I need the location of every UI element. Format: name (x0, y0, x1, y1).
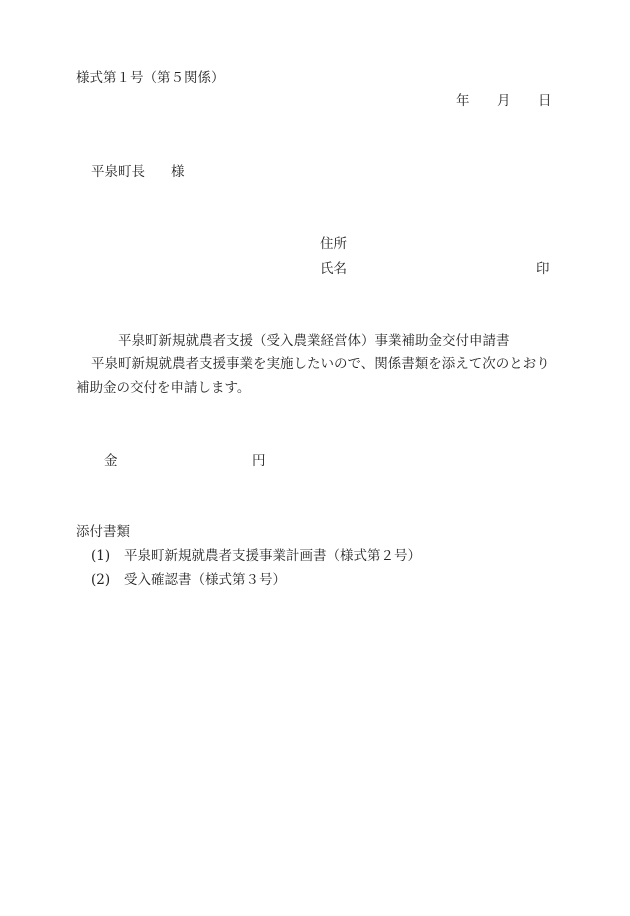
amount-unit: 円 (252, 452, 266, 470)
attachment-item-2-text: 受入確認書（様式第３号） (124, 571, 286, 589)
seal-label: 印 (536, 260, 550, 278)
body-text-line1: 平泉町新規就農者支援事業を実施したいので、関係書類を添えて次のとおり (91, 355, 550, 373)
applicant-name-label: 氏名 (320, 260, 347, 278)
date-month-label: 月 (497, 92, 511, 110)
date-year-label: 年 (456, 92, 470, 110)
addressee-honorific: 様 (171, 163, 185, 181)
attachment-item-2-number: (2) (91, 571, 110, 589)
attachment-item-1-text: 平泉町新規就農者支援事業計画書（様式第２号） (124, 547, 421, 565)
addressee-name: 平泉町長 (91, 163, 145, 181)
form-number: 様式第１号（第５関係） (76, 69, 225, 87)
date-day-label: 日 (538, 92, 552, 110)
attachments-heading: 添付書類 (76, 523, 130, 541)
document-title: 平泉町新規就農者支援（受入農業経営体）事業補助金交付申請書 (118, 332, 510, 350)
applicant-address-label: 住所 (320, 235, 347, 253)
attachment-item-1-number: (1) (91, 547, 110, 565)
body-text-line2: 補助金の交付を申請します。 (76, 379, 250, 397)
amount-label: 金 (104, 452, 118, 470)
document-page: 様式第１号（第５関係） 年 月 日 平泉町長 様 住所 氏名 印 平泉町新規就農… (0, 0, 630, 916)
